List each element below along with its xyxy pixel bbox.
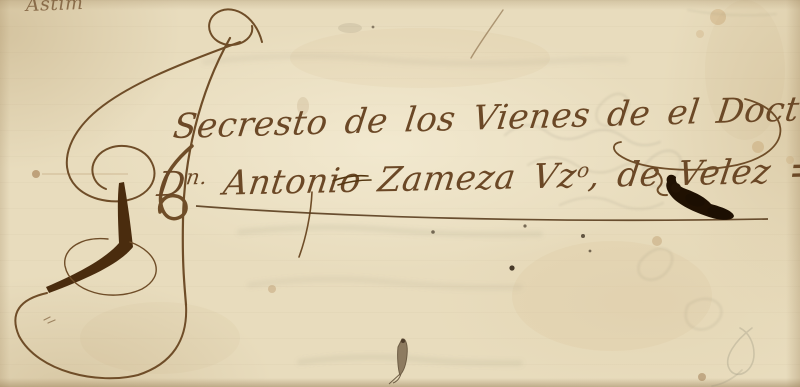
stain-spot <box>710 9 726 25</box>
ink-speck <box>581 234 585 238</box>
blot-lump <box>671 183 681 193</box>
underline-rule <box>196 206 768 220</box>
header-fragment: Astim <box>23 0 83 16</box>
title-line-2-tail: , de Velez <box>586 152 790 196</box>
stain-spot <box>752 141 764 153</box>
flourish-tick-marks <box>44 317 55 323</box>
stain-spot <box>698 373 706 381</box>
ghost-text-band <box>250 279 520 287</box>
title-line-1: Secresto de los Vienes de el Doctor <box>171 89 800 147</box>
title-line-2-abbrev: Vz <box>530 156 579 197</box>
quill-mark <box>389 339 407 384</box>
quill-mark-tip <box>401 339 405 343</box>
stain-blotch <box>512 241 712 351</box>
flourish-thick-wedge <box>46 182 133 293</box>
ghost-loop <box>728 328 754 374</box>
stain-smudge <box>338 23 362 33</box>
ink-speck <box>509 265 514 270</box>
title-line-2-initial: D <box>154 165 188 205</box>
quill-mark-body <box>398 339 408 375</box>
ink-speck <box>589 250 592 253</box>
ghost-text-band <box>240 227 540 234</box>
bleedthrough-loop-visible <box>712 328 754 386</box>
ghost-text-band <box>300 357 520 363</box>
manuscript-page: Astim Secresto de los Vienes de el Docto… <box>0 0 800 387</box>
stain-spot <box>32 170 40 178</box>
ink-speck <box>523 224 526 227</box>
flourish-small-loop <box>65 239 156 296</box>
title-line-1-main: Secresto de los Vienes de el Doct <box>171 90 800 147</box>
stain-spot <box>696 30 704 38</box>
stain-spot <box>268 285 276 293</box>
stain-blotch <box>80 302 240 374</box>
ink-speck <box>431 230 435 234</box>
ink-speck <box>372 26 375 29</box>
ghost-squiggle <box>560 197 663 209</box>
stain-spot <box>652 236 662 246</box>
ghost-squiggle <box>712 370 742 386</box>
manuscript-art: Astim Secresto de los Vienes de el Docto… <box>0 0 800 387</box>
flourish-top-loop <box>209 9 262 45</box>
quill-mark-tail <box>389 374 401 384</box>
